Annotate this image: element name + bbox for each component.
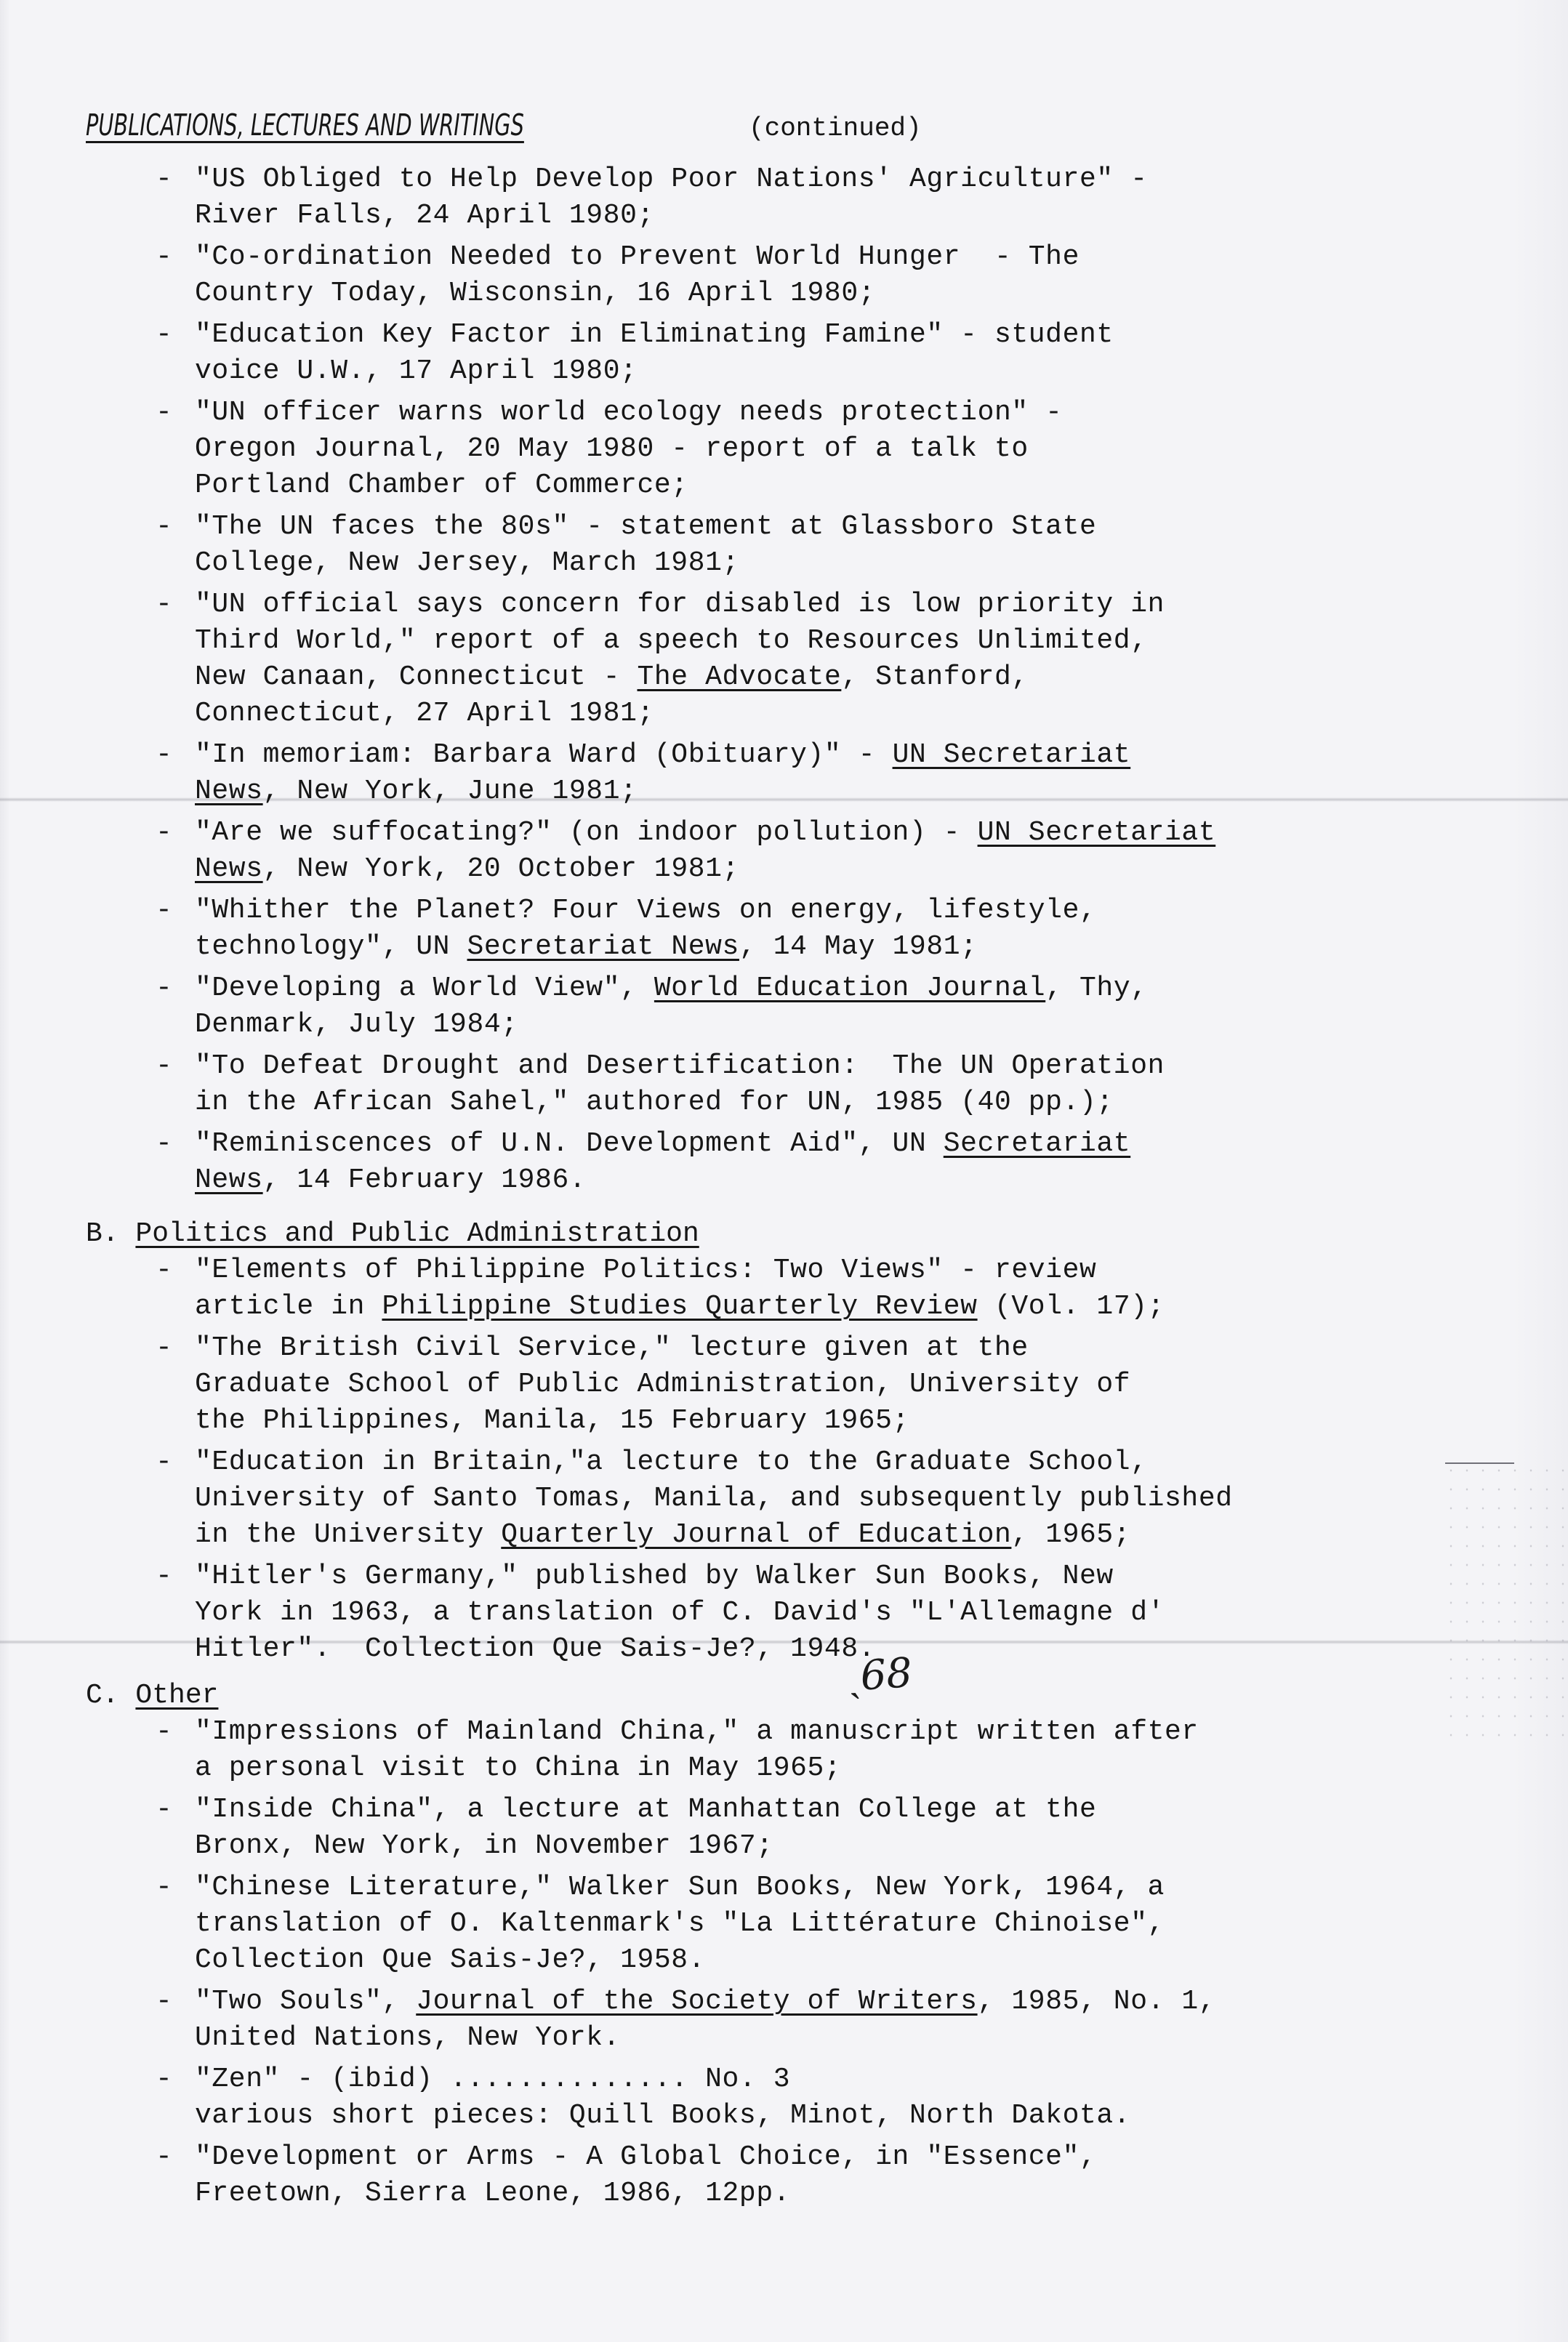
text-line: Freetown, Sierra Leone, 1986, 12pp. [195,2176,1467,2212]
bullet-dash: - [156,317,172,353]
text-segment: "The British Civil Service," lecture giv… [195,1332,1029,1364]
text-line: the Philippines, Manila, 15 February 196… [195,1403,1467,1439]
underlined-title: News [195,853,263,885]
section-letter: C. [86,1680,119,1711]
bullet-dash: - [156,2139,172,2176]
underlined-title: Secretariat [944,1128,1130,1159]
text-segment: various short pieces: Quill Books, Minot… [195,2100,1130,2131]
text-line: News, 14 February 1986. [195,1162,1467,1199]
text-segment: New Canaan, Connecticut - [195,661,638,693]
text-segment: "Zen" - (ibid) .............. No. 3 [195,2064,790,2095]
underlined-title: Philippine Studies Quarterly Review [382,1291,977,1322]
underlined-title: Quarterly Journal of Education [501,1519,1011,1550]
text-segment: "Are we suffocating?" (on indoor polluti… [195,817,978,848]
text-line: University of Santo Tomas, Manila, and s… [195,1481,1467,1517]
text-line: translation of O. Kaltenmark's "La Litté… [195,1906,1467,1942]
text-line: "The UN faces the 80s" - statement at Gl… [195,509,1467,545]
list-item: -"Education Key Factor in Eliminating Fa… [86,317,1467,390]
section-letter: B. [86,1218,119,1250]
text-line: New Canaan, Connecticut - The Advocate, … [195,659,1467,696]
text-segment: , 14 February 1986. [263,1164,587,1196]
bullet-dash: - [156,587,172,623]
text-segment: York in 1963, a translation of C. David'… [195,1597,1165,1628]
underlined-title: Secretariat News [467,931,739,962]
text-line: in the University Quarterly Journal of E… [195,1517,1467,1553]
text-line: in the African Sahel," authored for UN, … [195,1085,1467,1121]
text-segment: Bronx, New York, in November 1967; [195,1830,773,1862]
list-item: -"Are we suffocating?" (on indoor pollut… [86,815,1467,888]
text-segment: in the African Sahel," authored for UN, … [195,1087,1114,1118]
underlined-title: Journal of the Society of Writers [416,1986,977,2017]
text-line: Collection Que Sais-Je?, 1958. [195,1942,1467,1979]
text-line: "Hitler's Germany," published by Walker … [195,1558,1467,1595]
text-segment: United Nations, New York. [195,2022,620,2053]
list-item: -"Whither the Planet? Four Views on ener… [86,893,1467,965]
text-segment: "Education in Britain,"a lecture to the … [195,1446,1148,1478]
text-line: Oregon Journal, 20 May 1980 - report of … [195,431,1467,467]
text-segment: in the University [195,1519,501,1550]
text-segment: "Hitler's Germany," published by Walker … [195,1561,1114,1592]
text-segment: Freetown, Sierra Leone, 1986, 12pp. [195,2178,790,2209]
text-segment: Collection Que Sais-Je?, 1958. [195,1944,705,1976]
text-segment: River Falls, 24 April 1980; [195,200,654,231]
section-title: Other [135,1680,218,1711]
text-segment: , Stanford, [841,661,1028,693]
text-segment: translation of O. Kaltenmark's "La Litté… [195,1908,1165,1939]
bullet-dash: - [156,1444,172,1481]
bullet-dash: - [156,893,172,929]
text-segment: "Development or Arms - A Global Choice, … [195,2141,1096,2173]
list-item: -"Developing a World View", World Educat… [86,970,1467,1043]
bullet-dash: - [156,1792,172,1828]
bullet-dash: - [156,239,172,275]
text-segment: technology", UN [195,931,467,962]
text-line: News, New York, June 1981; [195,773,1467,810]
list-item: -"UN officer warns world ecology needs p… [86,395,1467,504]
text-segment: "Elements of Philippine Politics: Two Vi… [195,1255,1096,1286]
text-segment: the Philippines, Manila, 15 February 196… [195,1405,909,1436]
bullet-dash: - [156,161,172,198]
list-item: -"US Obliged to Help Develop Poor Nation… [86,161,1467,234]
underlined-title: UN Secretariat [893,739,1131,770]
text-line: "Whither the Planet? Four Views on energ… [195,893,1467,929]
list-item: -"UN official says concern for disabled … [86,587,1467,732]
list-item: -"Reminiscences of U.N. Development Aid"… [86,1126,1467,1199]
underlined-title: UN Secretariat [978,817,1216,848]
page-header: PUBLICATIONS, LECTURES AND WRITINGS (con… [86,108,1016,142]
text-line: "Chinese Literature," Walker Sun Books, … [195,1870,1467,1906]
list-item: -"The British Civil Service," lecture gi… [86,1330,1467,1439]
bullet-dash: - [156,1126,172,1162]
list-item: -"Impressions of Mainland China," a manu… [86,1714,1467,1787]
text-line: "Education in Britain,"a lecture to the … [195,1444,1467,1481]
underlined-title: World Education Journal [654,973,1045,1004]
text-line: "Developing a World View", World Educati… [195,970,1467,1007]
text-segment: College, New Jersey, March 1981; [195,547,739,579]
bullet-dash: - [156,2061,172,2098]
list-item: -"Two Souls", Journal of the Society of … [86,1984,1467,2056]
text-line: "Inside China", a lecture at Manhattan C… [195,1792,1467,1828]
text-segment: "US Obliged to Help Develop Poor Nations… [195,164,1148,195]
text-line: Graduate School of Public Administration… [195,1367,1467,1403]
text-line: Portland Chamber of Commerce; [195,467,1467,504]
bullet-dash: - [156,1714,172,1750]
text-line: "UN official says concern for disabled i… [195,587,1467,623]
text-segment: "Inside China", a lecture at Manhattan C… [195,1794,1096,1825]
bullet-dash: - [156,1330,172,1367]
text-segment: "In memoriam: Barbara Ward (Obituary)" - [195,739,893,770]
bullet-dash: - [156,1558,172,1595]
text-segment: Third World," report of a speech to Reso… [195,625,1148,656]
bullet-dash: - [156,1984,172,2020]
bullet-dash: - [156,970,172,1007]
section-a-list: -"US Obliged to Help Develop Poor Nation… [86,161,1467,1199]
bullet-dash: - [156,737,172,773]
text-segment: Portland Chamber of Commerce; [195,470,688,501]
bullet-dash: - [156,815,172,851]
handwritten-annotation: ˎ68 [845,1649,914,1701]
list-item: -"Chinese Literature," Walker Sun Books,… [86,1870,1467,1979]
text-segment: "Co-ordination Needed to Prevent World H… [195,241,1079,273]
text-line: "UN officer warns world ecology needs pr… [195,395,1467,431]
text-line: "Development or Arms - A Global Choice, … [195,2139,1467,2176]
text-line: "Are we suffocating?" (on indoor polluti… [195,815,1467,851]
bullet-dash: - [156,509,172,545]
list-item: -"The UN faces the 80s" - statement at G… [86,509,1467,582]
list-item: -"Hitler's Germany," published by Walker… [86,1558,1467,1667]
text-line: "Two Souls", Journal of the Society of W… [195,1984,1467,2020]
section-b-heading: B. Politics and Public Administration [86,1216,1467,1252]
text-line: voice U.W., 17 April 1980; [195,353,1467,390]
text-segment: (Vol. 17); [978,1291,1165,1322]
list-item: -"In memoriam: Barbara Ward (Obituary)" … [86,737,1467,810]
text-segment: "Chinese Literature," Walker Sun Books, … [195,1872,1165,1903]
text-line: Connecticut, 27 April 1981; [195,696,1467,732]
text-segment: Graduate School of Public Administration… [195,1369,1130,1400]
text-line: United Nations, New York. [195,2020,1467,2056]
text-line: a personal visit to China in May 1965; [195,1750,1467,1787]
text-segment: "The UN faces the 80s" - statement at Gl… [195,511,1096,542]
text-line: "Elements of Philippine Politics: Two Vi… [195,1252,1467,1289]
list-item: -"Co-ordination Needed to Prevent World … [86,239,1467,312]
list-item: -"Zen" - (ibid) .............. No. 3vari… [86,2061,1467,2134]
text-line: York in 1963, a translation of C. David'… [195,1595,1467,1631]
text-line: Third World," report of a speech to Reso… [195,623,1467,659]
list-item: -"Inside China", a lecture at Manhattan … [86,1792,1467,1864]
list-item: -"Education in Britain,"a lecture to the… [86,1444,1467,1553]
text-segment: voice U.W., 17 April 1980; [195,355,638,387]
text-line: "US Obliged to Help Develop Poor Nations… [195,161,1467,198]
text-segment: Hitler". Collection Que Sais-Je?, 1948. [195,1633,875,1665]
bullet-dash: - [156,1252,172,1289]
text-segment: article in [195,1291,382,1322]
text-segment: "Whither the Planet? Four Views on energ… [195,895,1096,926]
text-segment: Denmark, July 1984; [195,1009,518,1040]
text-line: "Education Key Factor in Eliminating Fam… [195,317,1467,353]
text-segment: University of Santo Tomas, Manila, and s… [195,1483,1233,1514]
text-line: Country Today, Wisconsin, 16 April 1980; [195,275,1467,312]
list-item: -"To Defeat Drought and Desertification:… [86,1048,1467,1121]
text-segment: "Two Souls", [195,1986,416,2017]
document-body: -"US Obliged to Help Develop Poor Nation… [86,161,1467,2217]
text-line: College, New Jersey, March 1981; [195,545,1467,582]
underlined-title: News [195,776,263,807]
text-line: "In memoriam: Barbara Ward (Obituary)" -… [195,737,1467,773]
section-c-heading: C. Other [86,1678,1467,1714]
text-segment: a personal visit to China in May 1965; [195,1753,841,1784]
text-segment: , 1965; [1011,1519,1130,1550]
bullet-dash: - [156,1048,172,1085]
text-line: News, New York, 20 October 1981; [195,851,1467,888]
text-segment: Oregon Journal, 20 May 1980 - report of … [195,433,1029,464]
text-segment: "Education Key Factor in Eliminating Fam… [195,319,1114,350]
text-line: River Falls, 24 April 1980; [195,198,1467,234]
page-title: PUBLICATIONS, LECTURES AND WRITINGS [86,108,811,142]
text-line: article in Philippine Studies Quarterly … [195,1289,1467,1325]
text-line: technology", UN Secretariat News, 14 May… [195,929,1467,965]
page-subtitle: (continued) [749,113,922,143]
text-segment: , 14 May 1981; [739,931,978,962]
text-segment: "Reminiscences of U.N. Development Aid",… [195,1128,944,1159]
text-line: "Reminiscences of U.N. Development Aid",… [195,1126,1467,1162]
section-title: Politics and Public Administration [135,1218,699,1250]
text-line: Denmark, July 1984; [195,1007,1467,1043]
text-segment: "UN officer warns world ecology needs pr… [195,397,1063,428]
text-line: "Co-ordination Needed to Prevent World H… [195,239,1467,275]
text-line: "To Defeat Drought and Desertification: … [195,1048,1467,1085]
text-segment: Connecticut, 27 April 1981; [195,698,654,729]
text-segment: , Thy, [1045,973,1147,1004]
text-line: "The British Civil Service," lecture giv… [195,1330,1467,1367]
text-line: Bronx, New York, in November 1967; [195,1828,1467,1864]
text-line: Hitler". Collection Que Sais-Je?, 1948. [195,1631,1467,1667]
text-segment: "To Defeat Drought and Desertification: … [195,1050,1165,1082]
bullet-dash: - [156,1870,172,1906]
section-b-list: -"Elements of Philippine Politics: Two V… [86,1252,1467,1667]
bullet-dash: - [156,395,172,431]
text-segment: "UN official says concern for disabled i… [195,589,1165,620]
underlined-title: The Advocate [638,661,842,693]
list-item: -"Elements of Philippine Politics: Two V… [86,1252,1467,1325]
text-segment: , New York, June 1981; [263,776,638,807]
text-line: "Zen" - (ibid) .............. No. 3 [195,2061,1467,2098]
text-segment: , 1985, No. 1, [978,1986,1216,2017]
text-segment: "Impressions of Mainland China," a manus… [195,1716,1199,1747]
list-item: -"Development or Arms - A Global Choice,… [86,2139,1467,2212]
text-line: various short pieces: Quill Books, Minot… [195,2098,1467,2134]
underlined-title: News [195,1164,263,1196]
text-segment: Country Today, Wisconsin, 16 April 1980; [195,278,875,309]
text-segment: , New York, 20 October 1981; [263,853,739,885]
text-segment: "Developing a World View", [195,973,654,1004]
section-c-list: -"Impressions of Mainland China," a manu… [86,1714,1467,2212]
text-line: "Impressions of Mainland China," a manus… [195,1714,1467,1750]
